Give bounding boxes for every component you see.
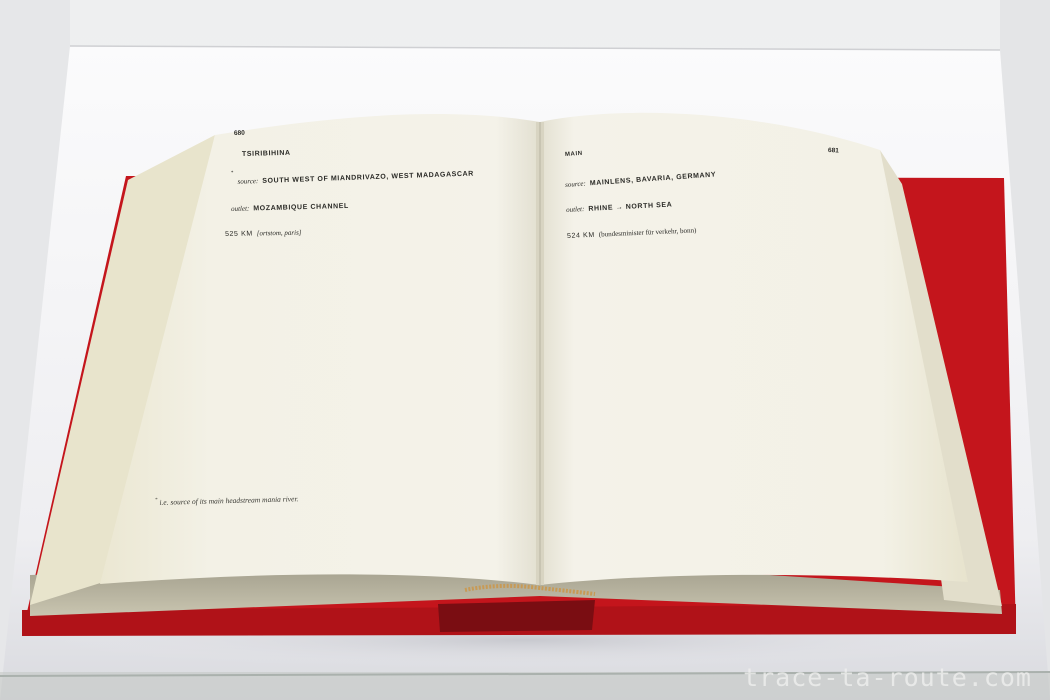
vitrine-scene: 680 TSIRIBIHINA * source: SOUTH WEST OF … (0, 0, 1050, 700)
left-outlet-label: outlet: (231, 205, 249, 213)
left-length-value: 525 KM (225, 231, 253, 238)
right-length-value: 524 KM (567, 232, 595, 240)
right-length-ref: (bundesminister für verkehr, bonn) (599, 226, 697, 238)
left-outlet-value: MOZAMBIQUE CHANNEL (253, 203, 349, 212)
right-outlet-label: outlet: (566, 205, 585, 214)
left-outlet-line: outlet: MOZAMBIQUE CHANNEL (231, 195, 349, 216)
left-source-label: source: (237, 177, 258, 186)
left-length-line: 525 KM [ortstom, paris] (225, 222, 302, 241)
watermark-text: trace-ta-route.com (743, 663, 1032, 692)
footnote-marker: * (231, 171, 234, 176)
left-page-number: 680 (234, 130, 245, 137)
book-illustration (0, 0, 1050, 700)
left-length-ref: [ortstom, paris] (257, 229, 302, 238)
right-outlet-value: RHINE → NORTH SEA (588, 201, 672, 212)
left-entry-title: TSIRIBIHINA (242, 150, 291, 158)
right-source-label: source: (565, 180, 586, 189)
right-entry-title: MAIN (565, 151, 583, 158)
right-page-number: 681 (828, 147, 839, 155)
